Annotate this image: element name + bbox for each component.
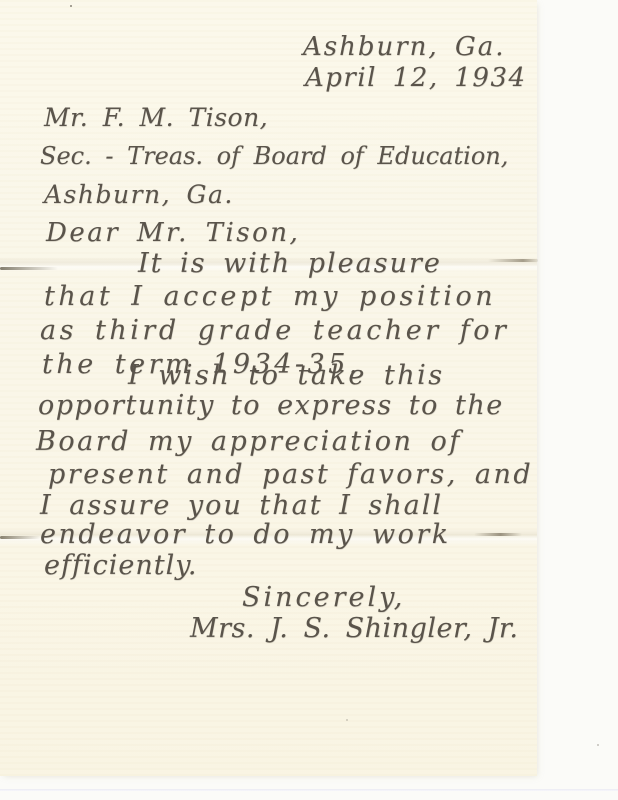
salutation: Dear Mr. Tison,: [46, 220, 300, 246]
paper-speck: [70, 5, 72, 7]
body-line: I assure you that I shall: [40, 492, 443, 519]
scanned-letter: Ashburn, Ga. April 12, 1934 Mr. F. M. Ti…: [0, 0, 618, 800]
body-line: as third grade teacher for: [40, 317, 509, 344]
body-line: endeavor to do my work: [40, 521, 451, 548]
fold-crease-mark: [488, 259, 538, 262]
signature: Mrs. J. S. Shingler, Jr.: [190, 615, 518, 642]
paper-speck: [597, 744, 599, 746]
letter-paper: Ashburn, Ga. April 12, 1934 Mr. F. M. Ti…: [0, 0, 537, 776]
fold-crease-mark: [0, 267, 58, 270]
body-line: opportunity to express to the: [38, 392, 504, 419]
body-line: Board my appreciation of: [36, 428, 462, 455]
body-line: I wish to take this: [128, 362, 445, 389]
recipient-title: Sec. - Treas. of Board of Education,: [40, 144, 508, 168]
closing: Sincerely,: [242, 584, 405, 611]
heading-place: Ashburn, Ga.: [303, 34, 506, 60]
heading-date: April 12, 1934: [305, 65, 527, 91]
body-line: present and past favors, and: [48, 461, 533, 488]
scan-edge-line: [0, 789, 618, 791]
body-line: efficiently.: [44, 552, 197, 579]
body-line: It is with pleasure: [138, 250, 442, 277]
body-line: that I accept my position: [44, 283, 496, 310]
paper-speck: [346, 719, 348, 721]
recipient-city: Ashburn, Ga.: [44, 182, 234, 207]
fold-crease-mark: [474, 533, 522, 536]
recipient-name: Mr. F. M. Tison,: [44, 105, 268, 130]
fold-crease-mark: [0, 536, 40, 539]
